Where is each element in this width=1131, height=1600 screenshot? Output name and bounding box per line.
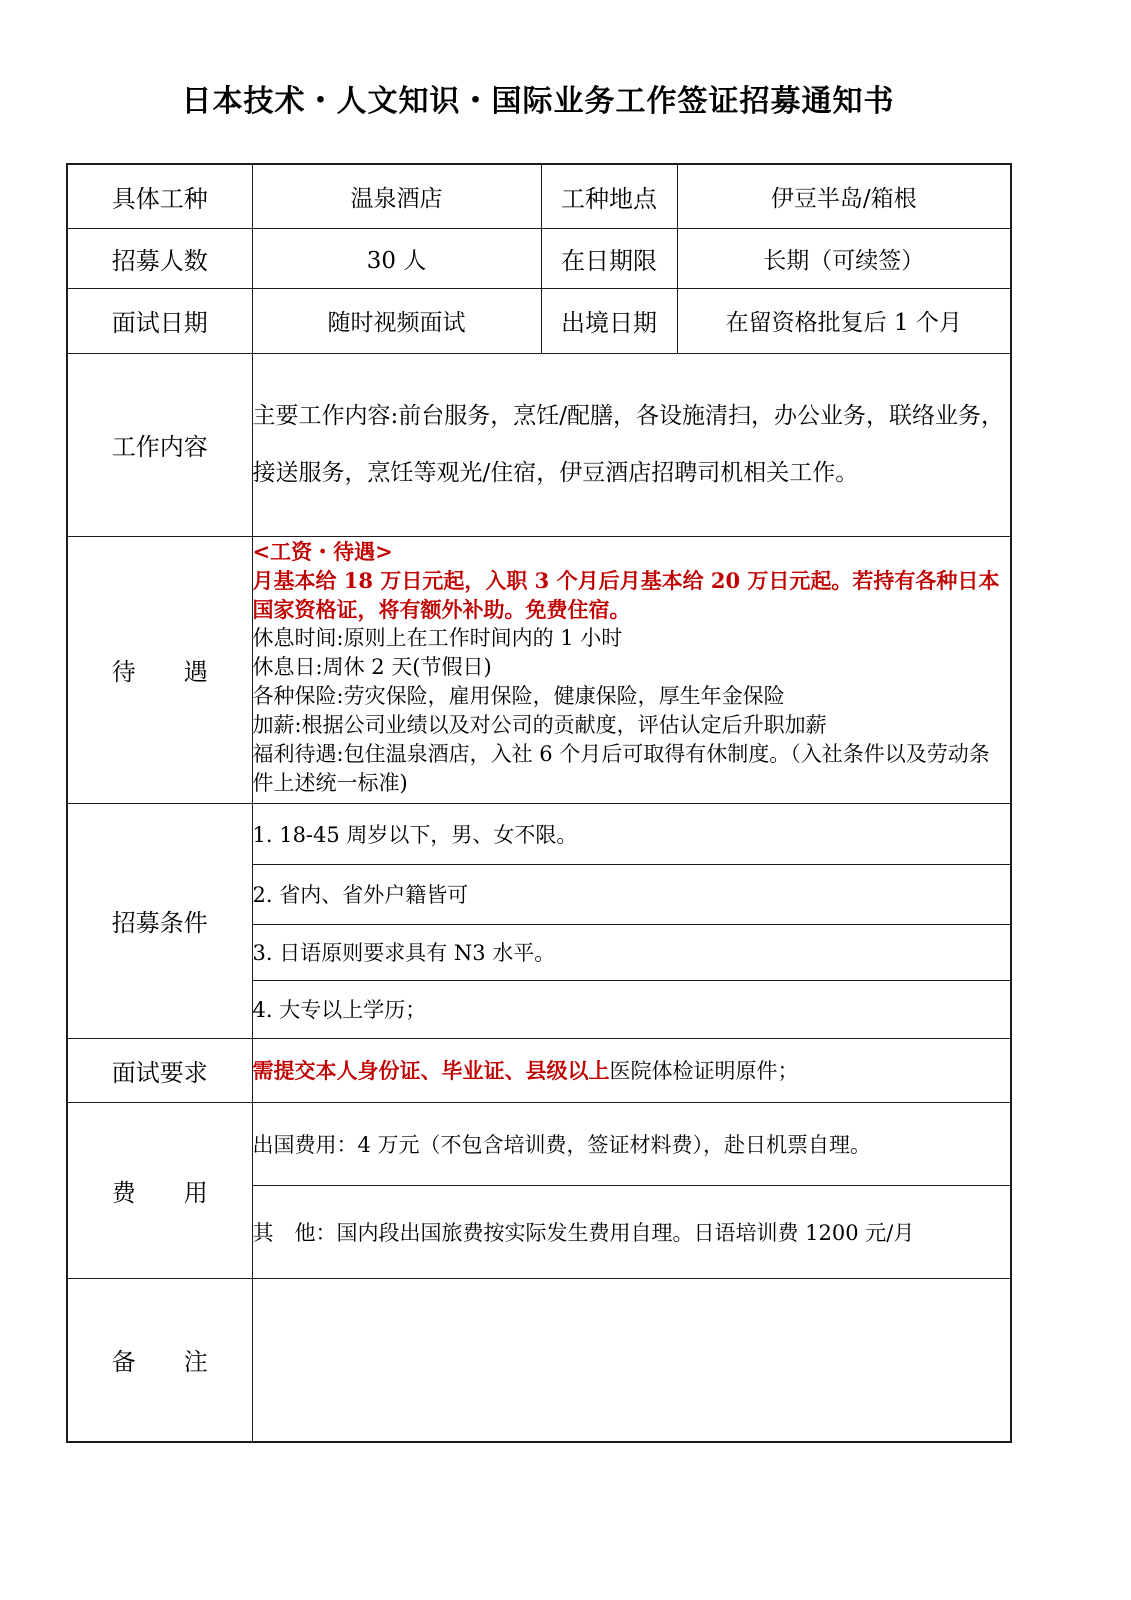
rest-time-line: 休息时间:原则上在工作时间内的 1 小时 (253, 624, 1011, 653)
condition-item-3: 3. 日语原则要求具有 N3 水平。 (252, 924, 1011, 980)
interview-requirement-text: 需提交本人身份证、毕业证、县级以上医院体检证明原件； (252, 1038, 1011, 1102)
fee-item-1: 出国费用：4 万元（不包含培训费，签证材料费），赴日机票自理。 (252, 1102, 1011, 1185)
condition-item-2: 2. 省内、省外户籍皆可 (252, 864, 1011, 924)
row-interview-requirement: 面试要求 需提交本人身份证、毕业证、县级以上医院体检证明原件； (67, 1038, 1011, 1102)
recruit-count-label: 招募人数 (67, 228, 252, 288)
salary-heading: <工资・待遇> (253, 537, 1011, 566)
row-work-content: 工作内容 主要工作内容:前台服务，烹饪/配膳，各设施清扫，办公业务，联络业务，接… (67, 353, 1011, 536)
interview-requirement-label: 面试要求 (67, 1038, 252, 1102)
work-content-label: 工作内容 (67, 353, 252, 536)
treatment-content: <工资・待遇> 月基本给 18 万日元起，入职 3 个月后月基本给 20 万日元… (252, 536, 1011, 803)
interview-date-label: 面试日期 (67, 288, 252, 353)
treatment-label: 待 遇 (67, 536, 252, 803)
row-specific-job: 具体工种 温泉酒店 工种地点 伊豆半岛/箱根 (67, 164, 1011, 228)
interview-requirement-red: 需提交本人身份证、毕业证、县级以上 (253, 1058, 610, 1083)
stay-period-value: 长期（可续签） (677, 228, 1011, 288)
conditions-label: 招募条件 (67, 803, 252, 1038)
row-fee-1: 费 用 出国费用：4 万元（不包含培训费，签证材料费），赴日机票自理。 (67, 1102, 1011, 1185)
job-location-label: 工种地点 (541, 164, 677, 228)
row-recruit-count: 招募人数 30 人 在日期限 长期（可续签） (67, 228, 1011, 288)
page-title: 日本技术・人文知识・国际业务工作签证招募通知书 (66, 76, 1010, 120)
welfare-line: 福利待遇:包住温泉酒店，入社 6 个月后可取得有休制度。（入社条件以及劳动条件上… (253, 740, 1011, 798)
condition-item-1: 1. 18-45 周岁以下，男、女不限。 (252, 803, 1011, 864)
fee-item-2: 其 他：国内段出国旅费按实际发生费用自理。日语培训费 1200 元/月 (252, 1185, 1011, 1278)
departure-date-value: 在留资格批复后 1 个月 (677, 288, 1011, 353)
row-interview-date: 面试日期 随时视频面试 出境日期 在留资格批复后 1 个月 (67, 288, 1011, 353)
insurance-line: 各种保险:劳灾保险，雇用保险，健康保险，厚生年金保险 (253, 682, 1011, 711)
stay-period-label: 在日期限 (541, 228, 677, 288)
fees-label: 费 用 (67, 1102, 252, 1278)
interview-requirement-black: 医院体检证明原件； (610, 1059, 799, 1083)
row-notes: 备 注 (67, 1278, 1011, 1442)
row-condition-1: 招募条件 1. 18-45 周岁以下，男、女不限。 (67, 803, 1011, 864)
job-location-value: 伊豆半岛/箱根 (677, 164, 1011, 228)
rest-day-line: 休息日:周休 2 天(节假日) (253, 653, 1011, 682)
row-treatment: 待 遇 <工资・待遇> 月基本给 18 万日元起，入职 3 个月后月基本给 20… (67, 536, 1011, 803)
notes-label: 备 注 (67, 1278, 252, 1442)
recruitment-notice-table: 具体工种 温泉酒店 工种地点 伊豆半岛/箱根 招募人数 30 人 在日期限 长期… (66, 163, 1012, 1443)
recruit-count-value: 30 人 (252, 228, 541, 288)
specific-job-label: 具体工种 (67, 164, 252, 228)
work-content-text: 主要工作内容:前台服务，烹饪/配膳，各设施清扫，办公业务，联络业务，接送服务，烹… (252, 353, 1011, 536)
condition-item-4: 4. 大专以上学历； (252, 980, 1011, 1038)
specific-job-value: 温泉酒店 (252, 164, 541, 228)
raise-line: 加薪:根据公司业绩以及对公司的贡献度，评估认定后升职加薪 (253, 711, 1011, 740)
departure-date-label: 出境日期 (541, 288, 677, 353)
salary-text: 月基本给 18 万日元起，入职 3 个月后月基本给 20 万日元起。若持有各种日… (253, 566, 1011, 624)
notes-content (252, 1278, 1011, 1442)
interview-date-value: 随时视频面试 (252, 288, 541, 353)
